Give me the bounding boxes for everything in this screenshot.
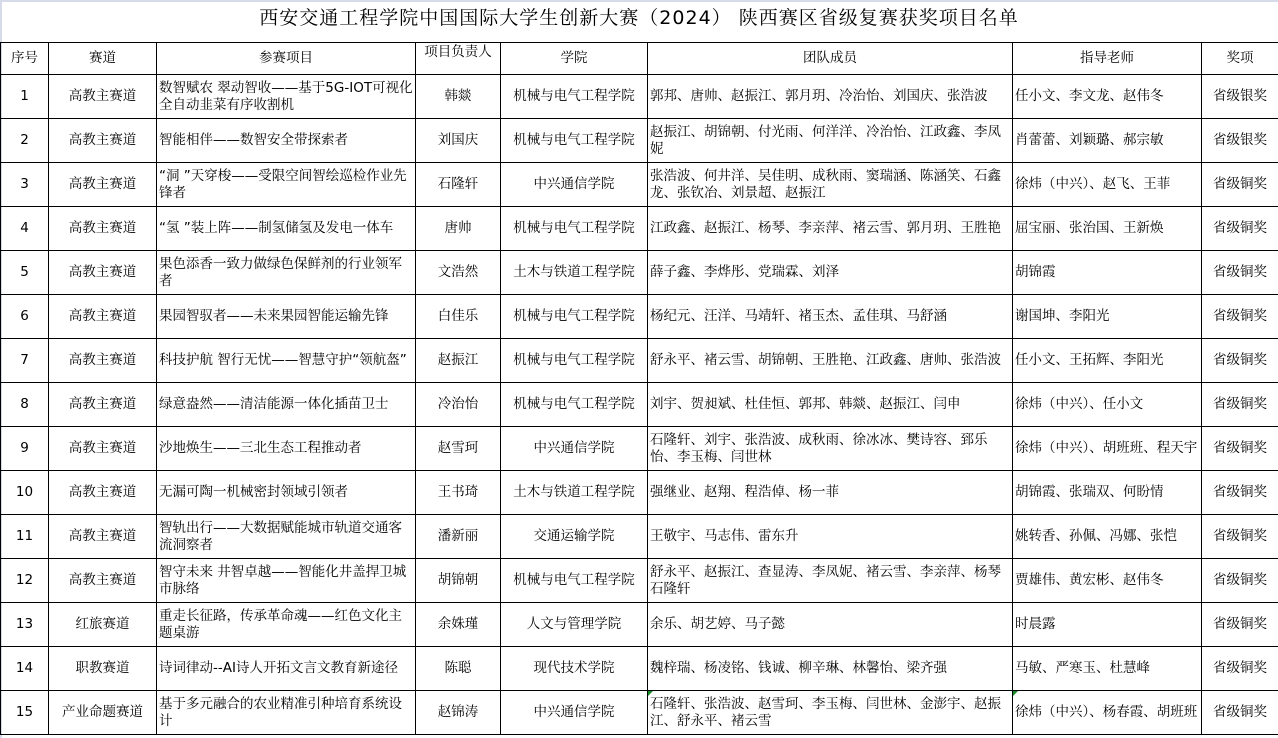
cell-track[interactable]: 高教主赛道 [49, 559, 157, 603]
cell-project[interactable]: 基于多元融合的农业精准引种培育系统设计 [157, 691, 416, 735]
cell-project[interactable]: 无漏可陶一机械密封领域引领者 [157, 471, 416, 515]
cell-advisors[interactable]: 姚转香、孙佩、冯娜、张恺 [1013, 515, 1202, 559]
cell-leader[interactable]: 王书琦 [416, 471, 501, 515]
cell-no[interactable]: 2 [1, 119, 49, 163]
cell-no[interactable]: 8 [1, 383, 49, 427]
cell-no[interactable]: 14 [1, 647, 49, 691]
cell-advisors[interactable]: 任小文、王拓辉、李阳光 [1013, 339, 1202, 383]
col-header-members[interactable]: 团队成员 [648, 43, 1013, 75]
table-row: 2高教主赛道智能相伴——数智安全带探索者刘国庆机械与电气工程学院赵振江、胡锦朝、… [1, 119, 1278, 163]
cell-project[interactable]: 沙地焕生——三北生态工程推动者 [157, 427, 416, 471]
cell-track[interactable]: 高教主赛道 [49, 251, 157, 295]
cell-college[interactable]: 现代技术学院 [501, 647, 648, 691]
cell-project[interactable]: “氢 ”装上阵——制氢储氢及发电一体车 [157, 207, 416, 251]
cell-advisors[interactable]: 任小文、李文龙、赵伟冬 [1013, 75, 1202, 119]
table-row: 5高教主赛道果色添香一致力做绿色保鲜剂的行业领军者文浩然土木与铁道工程学院薛子鑫… [1, 251, 1278, 295]
cell-advisors[interactable]: 贾雄伟、黄宏彬、赵伟冬 [1013, 559, 1202, 603]
cell-award[interactable]: 省级铜奖 [1202, 163, 1278, 207]
cell-advisors[interactable]: 屈宝丽、张治国、王新焕 [1013, 207, 1202, 251]
cell-no[interactable]: 13 [1, 603, 49, 647]
cell-college[interactable]: 中兴通信学院 [501, 427, 648, 471]
cell-members[interactable]: 魏梓瑞、杨凌铭、钱诚、柳辛琳、林馨怡、梁齐强 [648, 647, 1013, 691]
table-row: 15产业命题赛道基于多元融合的农业精准引种培育系统设计赵锦涛中兴通信学院石隆轩、… [1, 691, 1278, 735]
cell-no[interactable]: 1 [1, 75, 49, 119]
cell-no[interactable]: 10 [1, 471, 49, 515]
table-row: 3高教主赛道“洞 ”天穿梭——受限空间智绘巡检作业先锋者石隆轩中兴通信学院张浩波… [1, 163, 1278, 207]
cell-college[interactable]: 人文与管理学院 [501, 603, 648, 647]
cell-track[interactable]: 产业命题赛道 [49, 691, 157, 735]
cell-college[interactable]: 机械与电气工程学院 [501, 295, 648, 339]
cell-members[interactable]: 薛子鑫、李烨彤、党瑞霖、刘泽 [648, 251, 1013, 295]
cell-track[interactable]: 高教主赛道 [49, 471, 157, 515]
cell-advisors[interactable]: 徐炜（中兴）、任小文 [1013, 383, 1202, 427]
cell-leader[interactable]: 冷治怡 [416, 383, 501, 427]
cell-advisors[interactable]: 徐炜（中兴）、杨春霞、胡班班 [1013, 691, 1202, 735]
cell-award[interactable]: 省级铜奖 [1202, 559, 1278, 603]
cell-project[interactable]: 果色添香一致力做绿色保鲜剂的行业领军者 [157, 251, 416, 295]
cell-advisors[interactable]: 肖蕾蕾、刘颖璐、郝宗敏 [1013, 119, 1202, 163]
cell-project[interactable]: 智能相伴——数智安全带探索者 [157, 119, 416, 163]
cell-college[interactable]: 中兴通信学院 [501, 163, 648, 207]
cell-award[interactable]: 省级铜奖 [1202, 427, 1278, 471]
cell-no[interactable]: 6 [1, 295, 49, 339]
cell-college[interactable]: 土木与铁道工程学院 [501, 251, 648, 295]
cell-advisors[interactable]: 徐炜（中兴）、胡班班、程天宇 [1013, 427, 1202, 471]
cell-leader[interactable]: 潘新丽 [416, 515, 501, 559]
cell-advisors[interactable]: 胡锦霞、张瑞双、何盼情 [1013, 471, 1202, 515]
cell-track[interactable]: 高教主赛道 [49, 207, 157, 251]
cell-college[interactable]: 机械与电气工程学院 [501, 383, 648, 427]
cell-no[interactable]: 5 [1, 251, 49, 295]
cell-award[interactable]: 省级铜奖 [1202, 339, 1278, 383]
cell-members[interactable]: 张浩波、何井洋、吴佳明、成秋雨、窦瑞涵、陈涵笑、石鑫龙、张钦冶、刘景超、赵振江 [648, 163, 1013, 207]
cell-advisors[interactable]: 谢国坤、李阳光 [1013, 295, 1202, 339]
cell-award[interactable]: 省级铜奖 [1202, 295, 1278, 339]
cell-project[interactable]: 数智赋农 翠动智收——基于5G-IOT可视化全自动韭菜有序收割机 [157, 75, 416, 119]
cell-leader[interactable]: 刘国庆 [416, 119, 501, 163]
cell-college[interactable]: 机械与电气工程学院 [501, 559, 648, 603]
cell-track[interactable]: 高教主赛道 [49, 383, 157, 427]
cell-college[interactable]: 机械与电气工程学院 [501, 119, 648, 163]
cell-track[interactable]: 高教主赛道 [49, 119, 157, 163]
table-row: 8高教主赛道绿意盎然——清洁能源一体化插苗卫士冷治怡机械与电气工程学院刘宇、贺昶… [1, 383, 1278, 427]
cell-members[interactable]: 余乐、胡艺婷、马子懿 [648, 603, 1013, 647]
table-row: 14职教赛道诗词律动--AI诗人开拓文言文教育新途径陈聪现代技术学院魏梓瑞、杨凌… [1, 647, 1278, 691]
cell-project[interactable]: 绿意盎然——清洁能源一体化插苗卫士 [157, 383, 416, 427]
cell-award[interactable]: 省级银奖 [1202, 119, 1278, 163]
cell-college[interactable]: 中兴通信学院 [501, 691, 648, 735]
cell-award[interactable]: 省级铜奖 [1202, 471, 1278, 515]
table-row: 10高教主赛道无漏可陶一机械密封领域引领者王书琦土木与铁道工程学院强继业、赵翔、… [1, 471, 1278, 515]
cell-no[interactable]: 15 [1, 691, 49, 735]
cell-leader[interactable]: 赵锦涛 [416, 691, 501, 735]
table-row: 7高教主赛道科技护航 智行无忧——智慧守护“领航盔”赵振江机械与电气工程学院舒永… [1, 339, 1278, 383]
cell-members[interactable]: 杨纪元、汪洋、马靖轩、褚玉杰、孟佳琪、马舒涵 [648, 295, 1013, 339]
cell-members[interactable]: 刘宇、贺昶斌、杜佳恒、郭邦、韩燚、赵振江、闫申 [648, 383, 1013, 427]
table-row: 6高教主赛道果园智驭者——未来果园智能运输先锋白佳乐机械与电气工程学院杨纪元、汪… [1, 295, 1278, 339]
cell-leader[interactable]: 文浩然 [416, 251, 501, 295]
cell-leader[interactable]: 唐帅 [416, 207, 501, 251]
col-header-award[interactable]: 奖项 [1202, 43, 1278, 75]
table-row: 11高教主赛道智轨出行——大数据赋能城市轨道交通客流洞察者潘新丽交通运输学院王敬… [1, 515, 1278, 559]
cell-project[interactable]: 果园智驭者——未来果园智能运输先锋 [157, 295, 416, 339]
cell-members[interactable]: 赵振江、胡锦朝、付光雨、何洋洋、冷治怡、江政鑫、李凤妮 [648, 119, 1013, 163]
cell-members[interactable]: 舒永平、赵振江、查显涛、李凤妮、褚云雪、李亲萍、杨琴石隆轩 [648, 559, 1013, 603]
cell-leader[interactable]: 陈聪 [416, 647, 501, 691]
sheet-title: 西安交通工程学院中国国际大学生创新大赛（2024） 陕西赛区省级复赛获奖项目名单 [0, 0, 1278, 41]
cell-award[interactable]: 省级银奖 [1202, 75, 1278, 119]
cell-college[interactable]: 土木与铁道工程学院 [501, 471, 648, 515]
cell-college[interactable]: 机械与电气工程学院 [501, 75, 648, 119]
cell-no[interactable]: 9 [1, 427, 49, 471]
cell-college[interactable]: 机械与电气工程学院 [501, 339, 648, 383]
cell-project[interactable]: 智守未来 井智卓越——智能化井盖捍卫城市脉络 [157, 559, 416, 603]
table-row: 1高教主赛道数智赋农 翠动智收——基于5G-IOT可视化全自动韭菜有序收割机韩燚… [1, 75, 1278, 119]
cell-members[interactable]: 石隆轩、刘宇、张浩波、成秋雨、徐冰冰、樊诗容、郅乐怡、李玉梅、闫世林 [648, 427, 1013, 471]
col-header-no[interactable]: 序号 [1, 43, 49, 75]
cell-leader[interactable]: 赵振江 [416, 339, 501, 383]
cell-award[interactable]: 省级铜奖 [1202, 603, 1278, 647]
cell-track[interactable]: 职教赛道 [49, 647, 157, 691]
table-row: 12高教主赛道智守未来 井智卓越——智能化井盖捍卫城市脉络胡锦朝机械与电气工程学… [1, 559, 1278, 603]
col-header-leader[interactable]: 项目负责人 [416, 43, 501, 75]
cell-track[interactable]: 高教主赛道 [49, 427, 157, 471]
cell-advisors[interactable]: 时晨露 [1013, 603, 1202, 647]
col-header-track[interactable]: 赛道 [49, 43, 157, 75]
cell-no[interactable]: 11 [1, 515, 49, 559]
cell-members[interactable]: 舒永平、褚云雪、胡锦朝、王胜艳、江政鑫、唐帅、张浩波 [648, 339, 1013, 383]
cell-no[interactable]: 7 [1, 339, 49, 383]
cell-track[interactable]: 高教主赛道 [49, 163, 157, 207]
cell-leader[interactable]: 白佳乐 [416, 295, 501, 339]
cell-members[interactable]: 郭邦、唐帅、赵振江、郭月玥、冷治怡、刘国庆、张浩波 [648, 75, 1013, 119]
cell-track[interactable]: 高教主赛道 [49, 339, 157, 383]
cell-leader[interactable]: 胡锦朝 [416, 559, 501, 603]
cell-members[interactable]: 强继业、赵翔、程浩倬、杨一菲 [648, 471, 1013, 515]
cell-track[interactable]: 高教主赛道 [49, 515, 157, 559]
cell-no[interactable]: 12 [1, 559, 49, 603]
cell-award[interactable]: 省级铜奖 [1202, 691, 1278, 735]
cell-advisors[interactable]: 马敏、严寒玉、杜慧峰 [1013, 647, 1202, 691]
header-row: 序号 赛道 参赛项目 项目负责人 学院 团队成员 指导老师 奖项 [1, 43, 1278, 75]
table-row: 13红旅赛道重走长征路，传承革命魂——红色文化主题桌游余姝瑾人文与管理学院余乐、… [1, 603, 1278, 647]
cell-award[interactable]: 省级铜奖 [1202, 647, 1278, 691]
col-header-advisors[interactable]: 指导老师 [1013, 43, 1202, 75]
cell-track[interactable]: 高教主赛道 [49, 75, 157, 119]
cell-no[interactable]: 4 [1, 207, 49, 251]
cell-members[interactable]: 王敬宇、马志伟、雷东升 [648, 515, 1013, 559]
cell-track[interactable]: 高教主赛道 [49, 295, 157, 339]
cell-project[interactable]: 科技护航 智行无忧——智慧守护“领航盔” [157, 339, 416, 383]
table-row: 4高教主赛道“氢 ”装上阵——制氢储氢及发电一体车唐帅机械与电气工程学院江政鑫、… [1, 207, 1278, 251]
col-header-project[interactable]: 参赛项目 [157, 43, 416, 75]
awards-table: 序号 赛道 参赛项目 项目负责人 学院 团队成员 指导老师 奖项 1高教主赛道数… [0, 42, 1278, 735]
cell-members[interactable]: 石隆轩、张浩波、赵雪珂、李玉梅、闫世林、金澎宇、赵振江、舒永平、褚云雪 [648, 691, 1013, 735]
cell-leader[interactable]: 余姝瑾 [416, 603, 501, 647]
cell-college[interactable]: 机械与电气工程学院 [501, 207, 648, 251]
cell-advisors[interactable]: 徐炜（中兴）、赵飞、王菲 [1013, 163, 1202, 207]
cell-award[interactable]: 省级铜奖 [1202, 251, 1278, 295]
cell-project[interactable]: 诗词律动--AI诗人开拓文言文教育新途径 [157, 647, 416, 691]
cell-college[interactable]: 交通运输学院 [501, 515, 648, 559]
cell-members[interactable]: 江政鑫、赵振江、杨琴、李亲萍、褚云雪、郭月玥、王胜艳 [648, 207, 1013, 251]
cell-leader[interactable]: 韩燚 [416, 75, 501, 119]
cell-project[interactable]: “洞 ”天穿梭——受限空间智绘巡检作业先锋者 [157, 163, 416, 207]
cell-leader[interactable]: 赵雪珂 [416, 427, 501, 471]
cell-award[interactable]: 省级铜奖 [1202, 515, 1278, 559]
cell-leader[interactable]: 石隆轩 [416, 163, 501, 207]
cell-project[interactable]: 智轨出行——大数据赋能城市轨道交通客流洞察者 [157, 515, 416, 559]
cell-project[interactable]: 重走长征路，传承革命魂——红色文化主题桌游 [157, 603, 416, 647]
cell-award[interactable]: 省级铜奖 [1202, 207, 1278, 251]
cell-advisors[interactable]: 胡锦霞 [1013, 251, 1202, 295]
table-row: 9高教主赛道沙地焕生——三北生态工程推动者赵雪珂中兴通信学院石隆轩、刘宇、张浩波… [1, 427, 1278, 471]
cell-track[interactable]: 红旅赛道 [49, 603, 157, 647]
cell-no[interactable]: 3 [1, 163, 49, 207]
cell-award[interactable]: 省级铜奖 [1202, 383, 1278, 427]
col-header-college[interactable]: 学院 [501, 43, 648, 75]
